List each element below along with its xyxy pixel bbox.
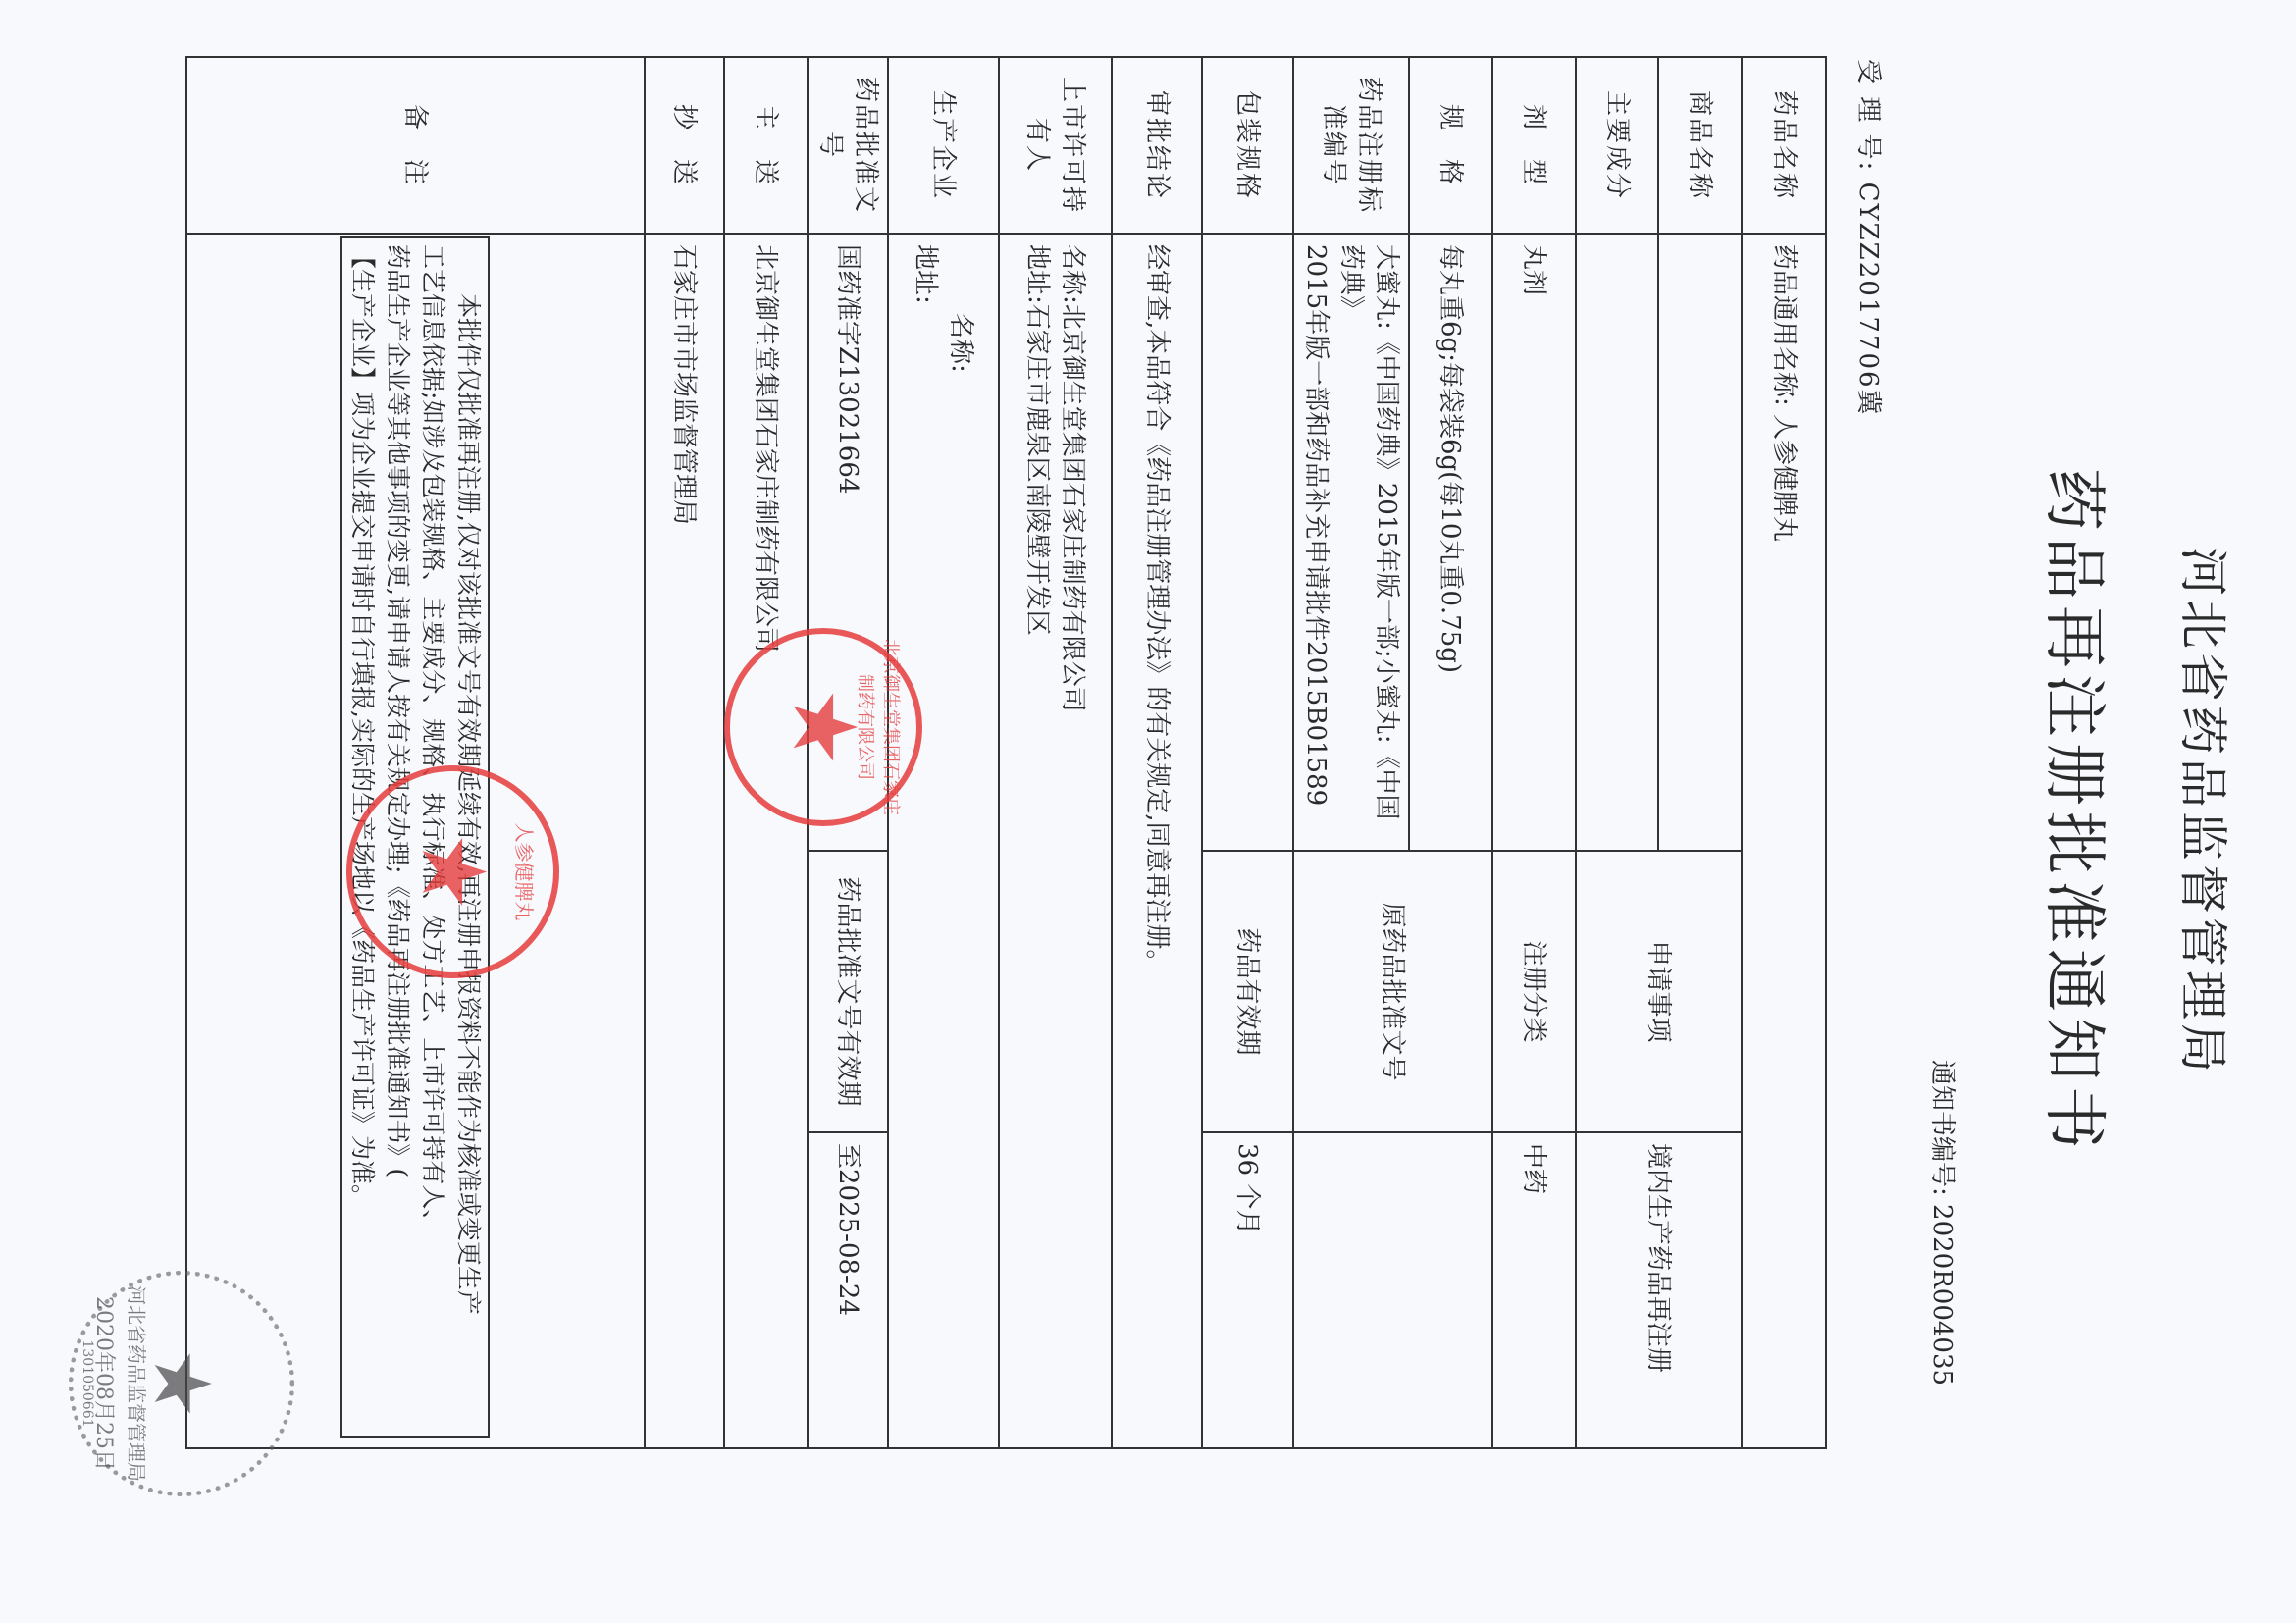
label-conclusion: 审批结论 [1112, 57, 1202, 234]
label-approval-no: 药品批准文号 [808, 57, 888, 234]
official-seal-date: 2020年08月25日 [90, 1276, 121, 1492]
value-main-recipient: 北京御生堂集团石家庄制药有限公司 [724, 234, 808, 1448]
value-conclusion: 经审查,本品符合《药品注册管理办法》的有关规定,同意再注册。 [1112, 234, 1202, 1448]
row-drug-name: 药品名称 药品通用名称: 人参健脾丸 [1742, 57, 1826, 1448]
row-dosage-form: 剂 型 丸剂 注册分类 中药 [1492, 57, 1576, 1448]
document-page: 河北省药品监督管理局 药品再注册批准通知书 通知书编号: 2020R004035… [0, 0, 2296, 1623]
row-spec: 规 格 每丸重6g;每袋装6g(每10丸重0.75g) 原药品批准文号 [1409, 57, 1492, 1448]
row-conclusion: 审批结论 经审查,本品符合《药品注册管理办法》的有关规定,同意再注册。 [1112, 57, 1202, 1448]
value-cc: 石家庄市市场监督管理局 [645, 234, 724, 1448]
label-cc: 抄 送 [645, 57, 724, 234]
value-original-approval-no [1293, 1132, 1492, 1448]
value-standard: 大蜜丸:《中国药典》2015年版一部;小蜜丸:《中国药典》 2015年版一部和药… [1293, 234, 1409, 851]
remark-line-4: 【生产企业】项为企业提交申请时自行填报,实际的生产场地以《药品生产许可证》为准。 [345, 244, 381, 1430]
issuing-authority: 河北省药品监督管理局 [2171, 0, 2242, 1623]
row-main-recipient: 主 送 北京御生堂集团石家庄制药有限公司 [724, 57, 808, 1448]
notice-number: 通知书编号: 2020R004035 [1926, 1060, 1962, 1386]
value-registration-class: 中药 [1492, 1132, 1576, 1448]
document-title: 药品再注册批准通知书 [2034, 0, 2124, 1623]
row-package: 包装规格 药品有效期 36 个月 [1202, 57, 1293, 1448]
row-manufacturer: 生产企业 名称: 地址: [888, 57, 999, 1448]
acceptance-number: 受 理 号: CYZZ2017706冀 [1852, 59, 1889, 417]
row-cc: 抄 送 石家庄市市场监督管理局 [645, 57, 724, 1448]
value-approval-validity: 至2025-08-24 [808, 1132, 888, 1448]
label-drug-name: 药品名称 [1742, 57, 1826, 234]
label-spec: 规 格 [1409, 57, 1492, 234]
generic-name-label: 药品通用名称: [1769, 244, 1799, 406]
row-trade-name: 商品名称 申请事项 境内生产药品再注册 [1658, 57, 1742, 1448]
mah-address: 石家庄市鹿泉区南陵壁开发区 [1023, 304, 1053, 636]
remark-line-3: 药品生产企业等其他事项的变更,请申请人按有关规定办理;《药品再注册批准通知书》( [381, 244, 416, 1430]
official-seal-text: 河北省药品监督管理局 [124, 1276, 152, 1492]
label-mah: 上市许可持有人 [999, 57, 1112, 234]
standard-line-1: 大蜜丸:《中国药典》2015年版一部;小蜜丸:《中国药典》 [1333, 244, 1404, 840]
label-registration-class: 注册分类 [1492, 851, 1576, 1132]
remark-box: 本批件仅批准再注册,仅对该批准文号有效期延续有效,再注册申报资料不能作为核准或变… [341, 236, 491, 1438]
value-mah: 名称:北京御生堂集团石家庄制药有限公司 地址:石家庄市鹿泉区南陵壁开发区 [999, 234, 1112, 1448]
value-dosage-form: 丸剂 [1492, 234, 1576, 851]
standard-line-2: 2015年版一部和药品补充申请批件2015B01589 [1298, 244, 1333, 840]
row-remark: 备 注 本批件仅批准再注册,仅对该批准文号有效期延续有效,再注册申报资料不能作为… [186, 57, 645, 1448]
row-approval-no: 药品批准文号 国药准字Z13021664 药品批准文号有效期 至2025-08-… [808, 57, 888, 1448]
value-manufacturer: 名称: 地址: [888, 234, 999, 1448]
value-approval-no: 国药准字Z13021664 [808, 234, 888, 851]
label-ingredients: 主要成分 [1576, 57, 1658, 234]
value-application-item: 境内生产药品再注册 [1576, 1132, 1742, 1448]
label-approval-validity: 药品批准文号有效期 [808, 851, 888, 1132]
generic-name-value: 人参健脾丸 [1769, 414, 1799, 542]
notice-number-value: 2020R004035 [1927, 1204, 1957, 1386]
official-seal-code: 1301050661 [79, 1276, 95, 1492]
label-remark: 备 注 [186, 57, 645, 234]
manufacturer-name-label: 名称: [947, 313, 976, 373]
label-standard: 药品注册标准编号 [1293, 57, 1409, 234]
value-validity: 36 个月 [1202, 1132, 1293, 1448]
label-package: 包装规格 [1202, 57, 1293, 234]
acceptance-number-label: 受 理 号: [1853, 59, 1883, 172]
remark-line-2: 工艺信息依据;如涉及包装规格、主要成分、规格、执行标准、处方工艺、上市许可持有人… [416, 244, 451, 1430]
value-remark: 本批件仅批准再注册,仅对该批准文号有效期延续有效,再注册申报资料不能作为核准或变… [186, 234, 645, 1448]
label-dosage-form: 剂 型 [1492, 57, 1576, 234]
value-ingredients [1576, 234, 1658, 851]
value-trade-name [1658, 234, 1742, 851]
mah-address-label: 地址: [1023, 244, 1053, 304]
mah-name: 北京御生堂集团石家庄制药有限公司 [1059, 304, 1088, 712]
mah-name-label: 名称: [1059, 244, 1088, 304]
row-mah: 上市许可持有人 名称:北京御生堂集团石家庄制药有限公司 地址:石家庄市鹿泉区南陵… [999, 57, 1112, 1448]
label-validity: 药品有效期 [1202, 851, 1293, 1132]
label-main-recipient: 主 送 [724, 57, 808, 234]
acceptance-number-value: CYZZ2017706冀 [1853, 183, 1883, 417]
approval-table: 药品名称 药品通用名称: 人参健脾丸 商品名称 申请事项 境内生产药品再注册 主… [185, 56, 1827, 1449]
label-application-item: 申请事项 [1576, 851, 1742, 1132]
value-spec: 每丸重6g;每袋装6g(每10丸重0.75g) [1409, 234, 1492, 851]
value-drug-name: 药品通用名称: 人参健脾丸 [1742, 234, 1826, 1448]
label-manufacturer: 生产企业 [888, 57, 999, 234]
notice-number-label: 通知书编号: [1927, 1060, 1957, 1196]
value-package [1202, 234, 1293, 851]
remark-line-1: 本批件仅批准再注册,仅对该批准文号有效期延续有效,再注册申报资料不能作为核准或变… [451, 244, 487, 1430]
label-original-approval-no: 原药品批准文号 [1293, 851, 1492, 1132]
label-trade-name: 商品名称 [1658, 57, 1742, 234]
manufacturer-address-label: 地址: [912, 244, 941, 304]
